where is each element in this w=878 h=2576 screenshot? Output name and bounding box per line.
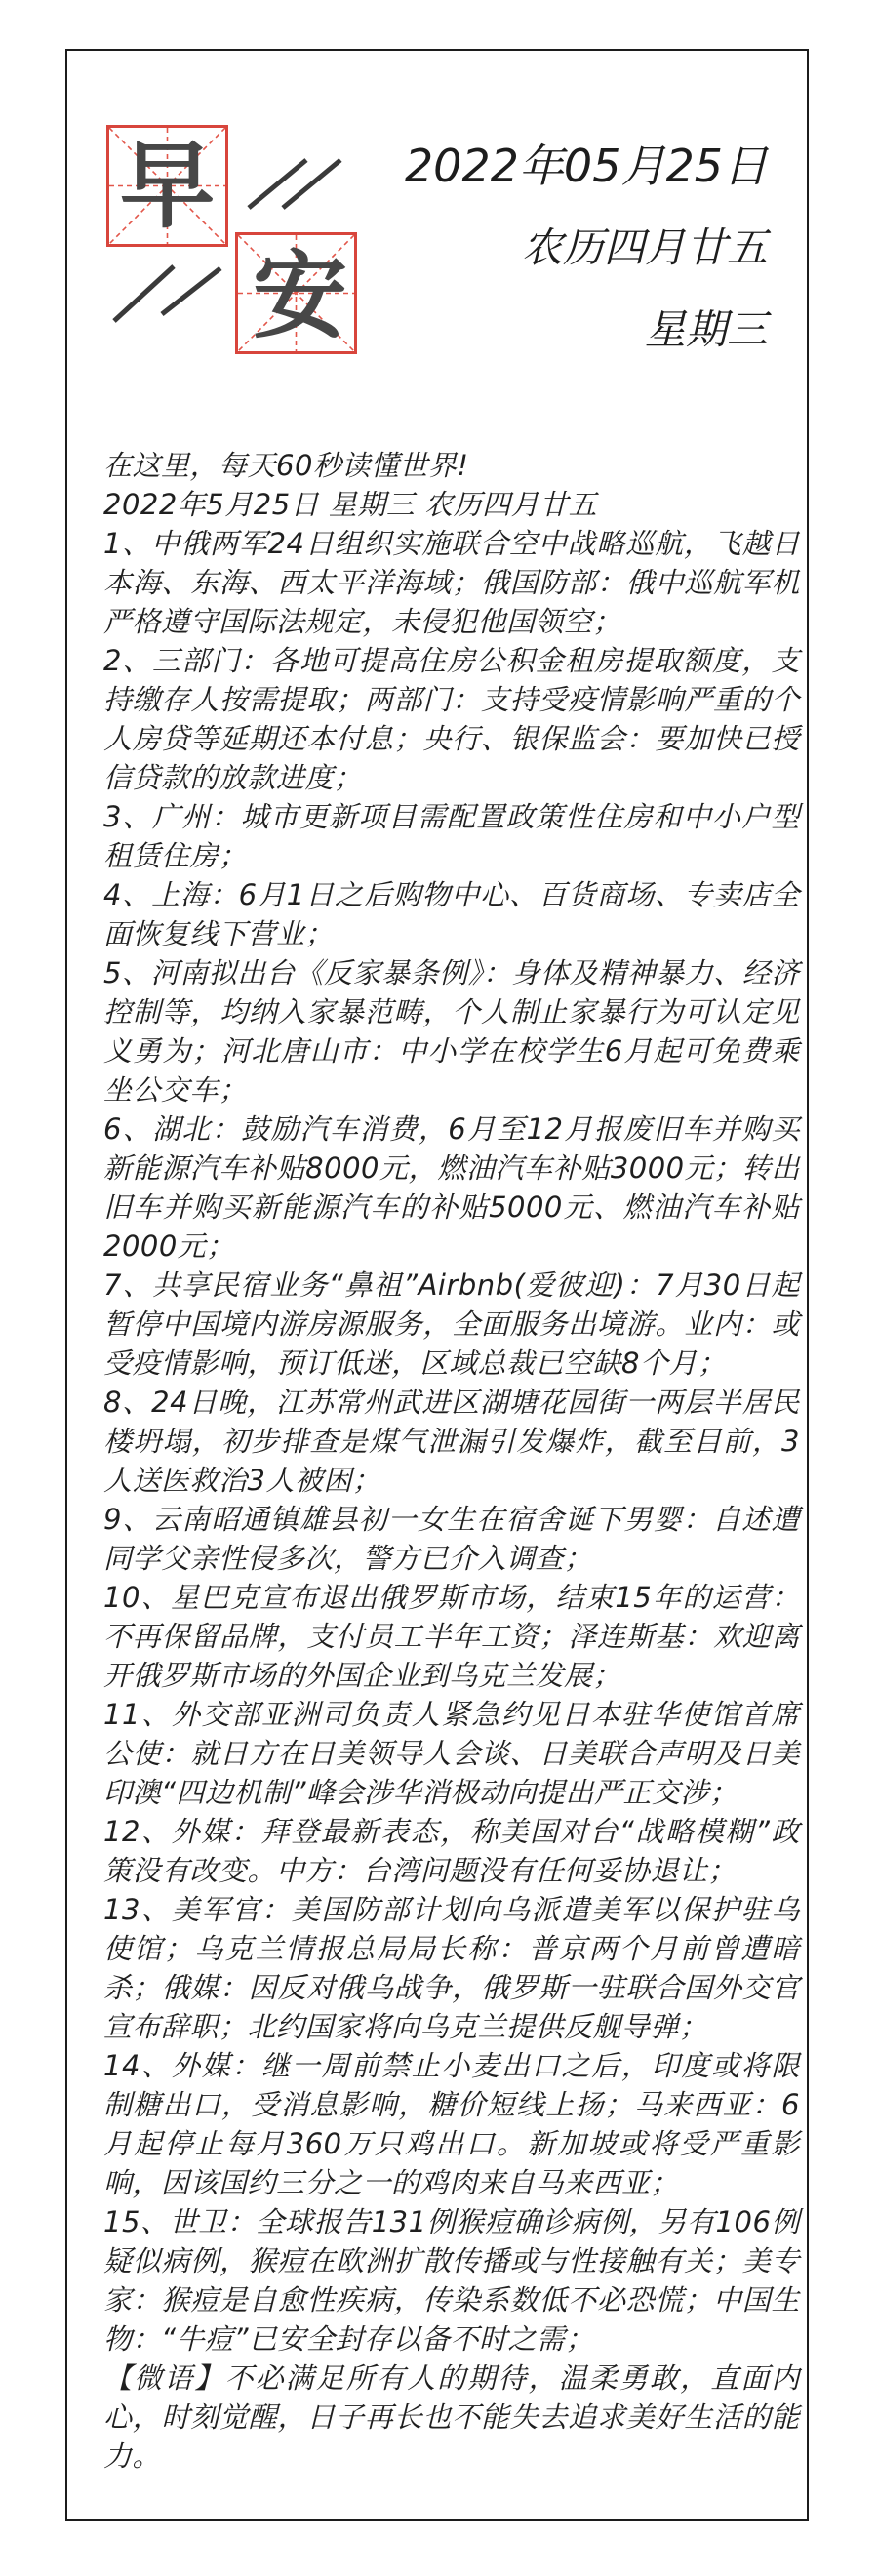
news-item: 4、上海：6月1日之后购物中心、百货商场、专卖店全面恢复线下营业；	[103, 875, 800, 953]
tagline: 在这里，每天60秒读懂世界!	[103, 446, 800, 485]
logo-grid-box-an: 安	[235, 232, 357, 354]
date-text: 2022年05月25日	[382, 125, 768, 207]
page-frame: 早 安 2022年05月25日 农历四月廿五 星期三 在这里，每天60秒读懂世界…	[65, 49, 809, 2521]
news-item: 11、外交部亚洲司负责人紧急约见日本驻华使馆首席公使：就日方在日美领导人会谈、日…	[103, 1695, 800, 1812]
news-item: 12、外媒：拜登最新表态，称美国对台“战略模糊”政策没有改变。中方：台湾问题没有…	[103, 1812, 800, 1890]
news-item: 2、三部门：各地可提高住房公积金租房提取额度，支持缴存人按需提取；两部门：支持受…	[103, 641, 800, 797]
news-body: 在这里，每天60秒读懂世界! 2022年5月25日 星期三 农历四月廿五 1、中…	[103, 446, 800, 2475]
news-item: 1、中俄两军24日组织实施联合空中战略巡航，飞越日本海、东海、西太平洋海域；俄国…	[103, 524, 800, 641]
logo-grid-box-zao: 早	[106, 125, 228, 247]
morning-news-poster: { "header": { "logo_char_top": "早", "log…	[0, 0, 878, 2576]
logo-char-an: 安	[242, 238, 358, 354]
news-item: 7、共享民宿业务“鼻祖”Airbnb(爱彼迎)：7月30日起暂停中国境内游房源服…	[103, 1266, 800, 1383]
lunar-date-text: 农历四月廿五	[382, 207, 768, 289]
weekday-text: 星期三	[382, 289, 768, 371]
news-item: 5、河南拟出台《反家暴条例》：身体及精神暴力、经济控制等，均纳入家暴范畴，个人制…	[103, 953, 800, 1109]
news-item: 9、云南昭通镇雄县初一女生在宿舍诞下男婴：自述遭同学父亲性侵多次，警方已介入调查…	[103, 1500, 800, 1578]
logo-char-zao: 早	[109, 128, 225, 244]
news-item: 6、湖北：鼓励汽车消费，6月至12月报废旧车并购买新能源汽车补贴8000元，燃油…	[103, 1109, 800, 1266]
news-item: 3、广州：城市更新项目需配置政策性住房和中小户型租赁住房；	[103, 797, 800, 875]
news-item: 13、美军官：美国防部计划向乌派遣美军以保护驻乌使馆；乌克兰情报总局局长称：普京…	[103, 1890, 800, 2046]
weiyu-note: 【微语】不必满足所有人的期待，温柔勇敢，直面内心，时刻觉醒，日子再长也不能失去追…	[103, 2358, 800, 2475]
date-heading: 2022年5月25日 星期三 农历四月廿五	[103, 485, 800, 524]
news-item: 8、24日晚，江苏常州武进区湖塘花园街一两层半居民楼坍塌，初步排查是煤气泄漏引发…	[103, 1383, 800, 1500]
double-slash-icon	[111, 263, 223, 326]
date-block: 2022年05月25日 农历四月廿五 星期三	[382, 125, 768, 371]
double-slash-icon	[246, 156, 343, 213]
news-item: 14、外媒：继一周前禁止小麦出口之后，印度或将限制糖出口，受消息影响，糖价短线上…	[103, 2046, 800, 2202]
news-item: 10、星巴克宣布退出俄罗斯市场，结束15年的运营：不再保留品牌，支付员工半年工资…	[103, 1578, 800, 1695]
news-item: 15、世卫：全球报告131例猴痘确诊病例，另有106例疑似病例，猴痘在欧洲扩散传…	[103, 2202, 800, 2358]
